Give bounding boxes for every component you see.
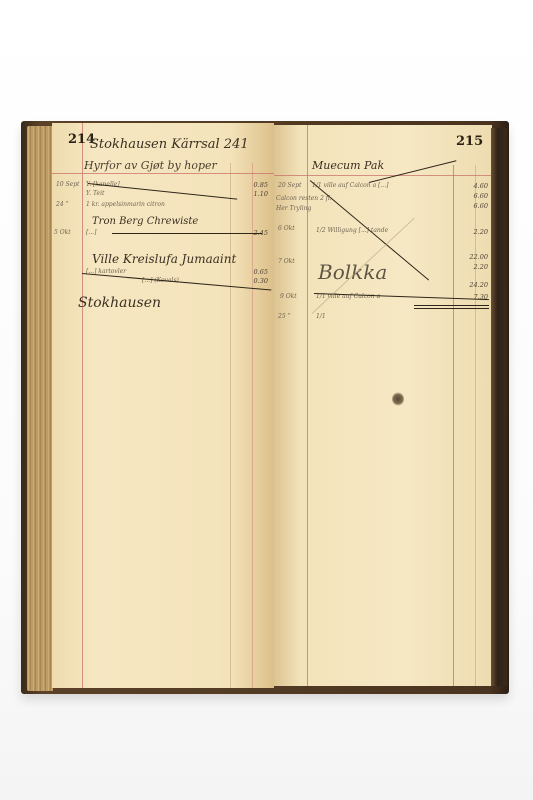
amount-column-rule [453,165,454,686]
entry-text: 1 kr. appelsinmarin citron [86,201,165,208]
page-number: 215 [456,134,483,149]
entry-amount: 0.65 [232,268,268,276]
entry-amount: 2.20 [454,263,488,271]
entry-text: 1/2 Willigung [...] tande [316,227,388,234]
ink-stain [392,392,404,406]
entry-text: [...] [86,229,96,236]
entry-amount: 6.60 [454,202,488,210]
entry-text: Tron Berg Chrewiste [92,216,198,227]
amount-column-rule [230,163,231,688]
entry-amount: 2.20 [454,228,488,236]
account-heading: Stokhausen Kärrsal 241 [90,137,249,152]
account-heading: Muecum Pak [312,159,384,172]
entry-date: 6 Okt [278,225,295,232]
page-block-right [491,128,507,686]
entry-text: Ville Kreislufa Jumaaint [92,252,236,266]
cancel-stroke [88,183,237,200]
total-rule [414,308,489,309]
entry-amount: 0.30 [232,277,268,285]
entry-text: 1/1 ville auf Calcon a [...] [312,182,388,189]
margin-rule [82,123,83,688]
entry-date: 20 Sept [278,182,301,189]
entry-date: 10 Sept [56,181,79,188]
entry-text: Her Tryling [276,205,311,212]
ledger-book: 214 Stokhausen Kärrsal 241 Hyrfor av Gjø… [0,0,533,800]
entry-amount: 0.85 [232,181,268,189]
amount-column-rule [475,165,476,686]
annotation: Bolkka [318,260,387,284]
header-rule [52,173,274,174]
entry-amount: 1.10 [232,190,268,198]
page-block-left [27,126,53,691]
total-rule [414,305,489,306]
entry-amount: 24.20 [454,281,488,289]
right-page: 215 Muecum Pak 20 Sept 1/1 ville auf Cal… [274,125,492,686]
entry-text: Calcon resten 2 fl. [276,195,332,202]
entry-date: 5 Okt [54,229,71,236]
account-subheading: Hyrfor av Gjøt by hoper [84,159,217,172]
entry-date: 24 ” [56,201,69,208]
header-rule [274,175,492,176]
amount-column-rule [252,163,253,688]
signature: Stokhausen [78,295,161,311]
entry-date: 25 ” [278,313,291,320]
entry-amount: 6.60 [454,192,488,200]
entry-date: 7 Okt [278,258,295,265]
entry-amount: 22.00 [454,253,488,261]
entry-amount: 4.60 [454,182,488,190]
entry-text: Y. Teit [86,190,104,197]
entry-text: 1/1 [316,313,326,320]
cancel-stroke [112,233,262,234]
entry-date: 9 Okt [280,293,297,300]
left-page: 214 Stokhausen Kärrsal 241 Hyrfor av Gjø… [52,123,274,688]
